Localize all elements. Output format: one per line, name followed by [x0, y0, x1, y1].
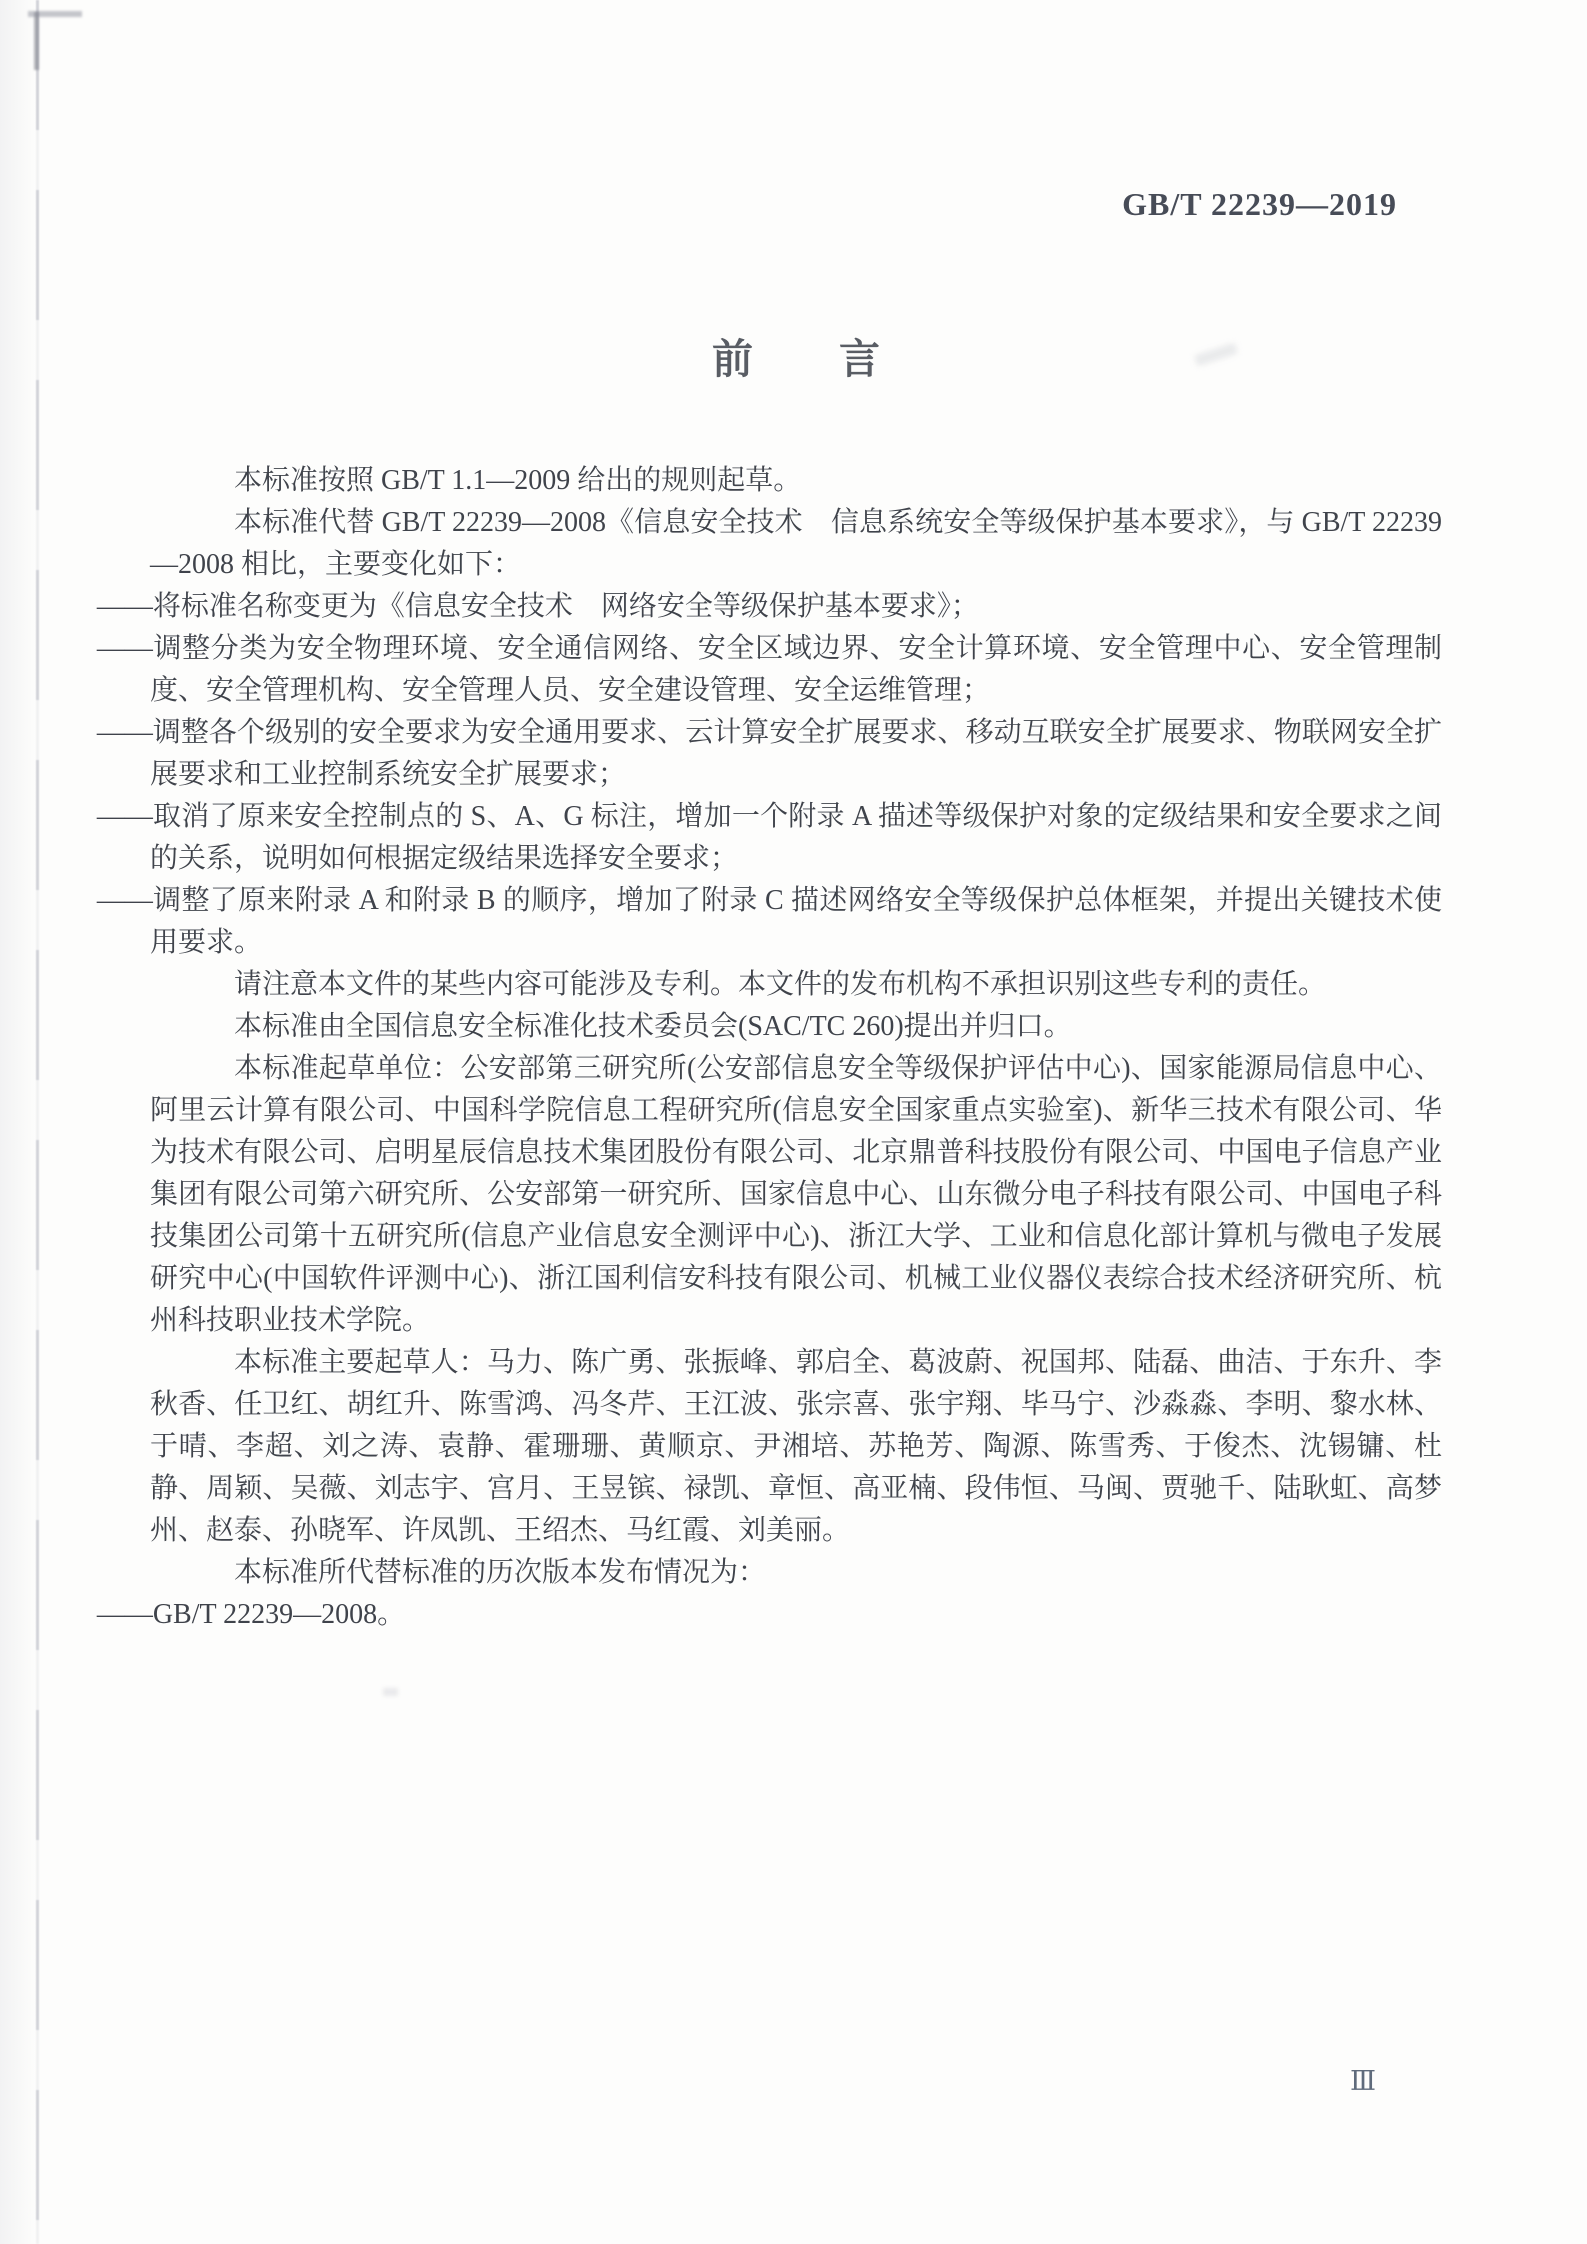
scan-corner-mark [28, 11, 82, 17]
title-char: 言 [839, 326, 880, 385]
scan-smudge [383, 1688, 398, 1696]
paragraph: ——调整各个级别的安全要求为安全通用要求、云计算安全扩展要求、移动互联安全扩展要… [150, 712, 1442, 796]
paragraph: ——取消了原来安全控制点的 S、A、G 标注，增加一个附录 A 描述等级保护对象… [150, 796, 1442, 880]
paragraph: ——GB/T 22239—2008。 [150, 1594, 1442, 1636]
scan-edge-shadow [0, 0, 36, 2244]
paragraph: 本标准代替 GB/T 22239—2008《信息安全技术 信息系统安全等级保护基… [150, 502, 1442, 586]
standard-number: GB/T 22239—2019 [1122, 186, 1397, 223]
paragraph: ——调整分类为安全物理环境、安全通信网络、安全区域边界、安全计算环境、安全管理中… [150, 628, 1442, 712]
paragraph: 本标准起草单位：公安部第三研究所(公安部信息安全等级保护评估中心)、国家能源局信… [150, 1048, 1442, 1342]
title-char: 前 [712, 326, 753, 385]
scanned-document-page: GB/T 22239—2019 前 言 本标准按照 GB/T 1.1—2009 … [0, 0, 1587, 2244]
paragraph: 本标准主要起草人：马力、陈广勇、张振峰、郭启全、葛波蔚、祝国邦、陆磊、曲洁、于东… [150, 1342, 1442, 1552]
page-number: Ⅲ [1350, 2066, 1376, 2097]
paragraph: 本标准由全国信息安全标准化技术委员会(SAC/TC 260)提出并归口。 [150, 1006, 1442, 1048]
paragraph: ——调整了原来附录 A 和附录 B 的顺序，增加了附录 C 描述网络安全等级保护… [150, 880, 1442, 964]
paragraph: 请注意本文件的某些内容可能涉及专利。本文件的发布机构不承担识别这些专利的责任。 [150, 964, 1442, 1006]
scan-edge-line-top [34, 12, 39, 70]
page-title: 前 言 [150, 326, 1442, 385]
paragraph: 本标准按照 GB/T 1.1—2009 给出的规则起草。 [150, 460, 1442, 502]
paragraph: ——将标准名称变更为《信息安全技术 网络安全等级保护基本要求》； [150, 586, 1442, 628]
foreword-paragraphs: 本标准按照 GB/T 1.1—2009 给出的规则起草。本标准代替 GB/T 2… [150, 460, 1442, 1636]
paragraph: 本标准所代替标准的历次版本发布情况为： [150, 1552, 1442, 1594]
scan-edge-line [36, 0, 39, 2244]
